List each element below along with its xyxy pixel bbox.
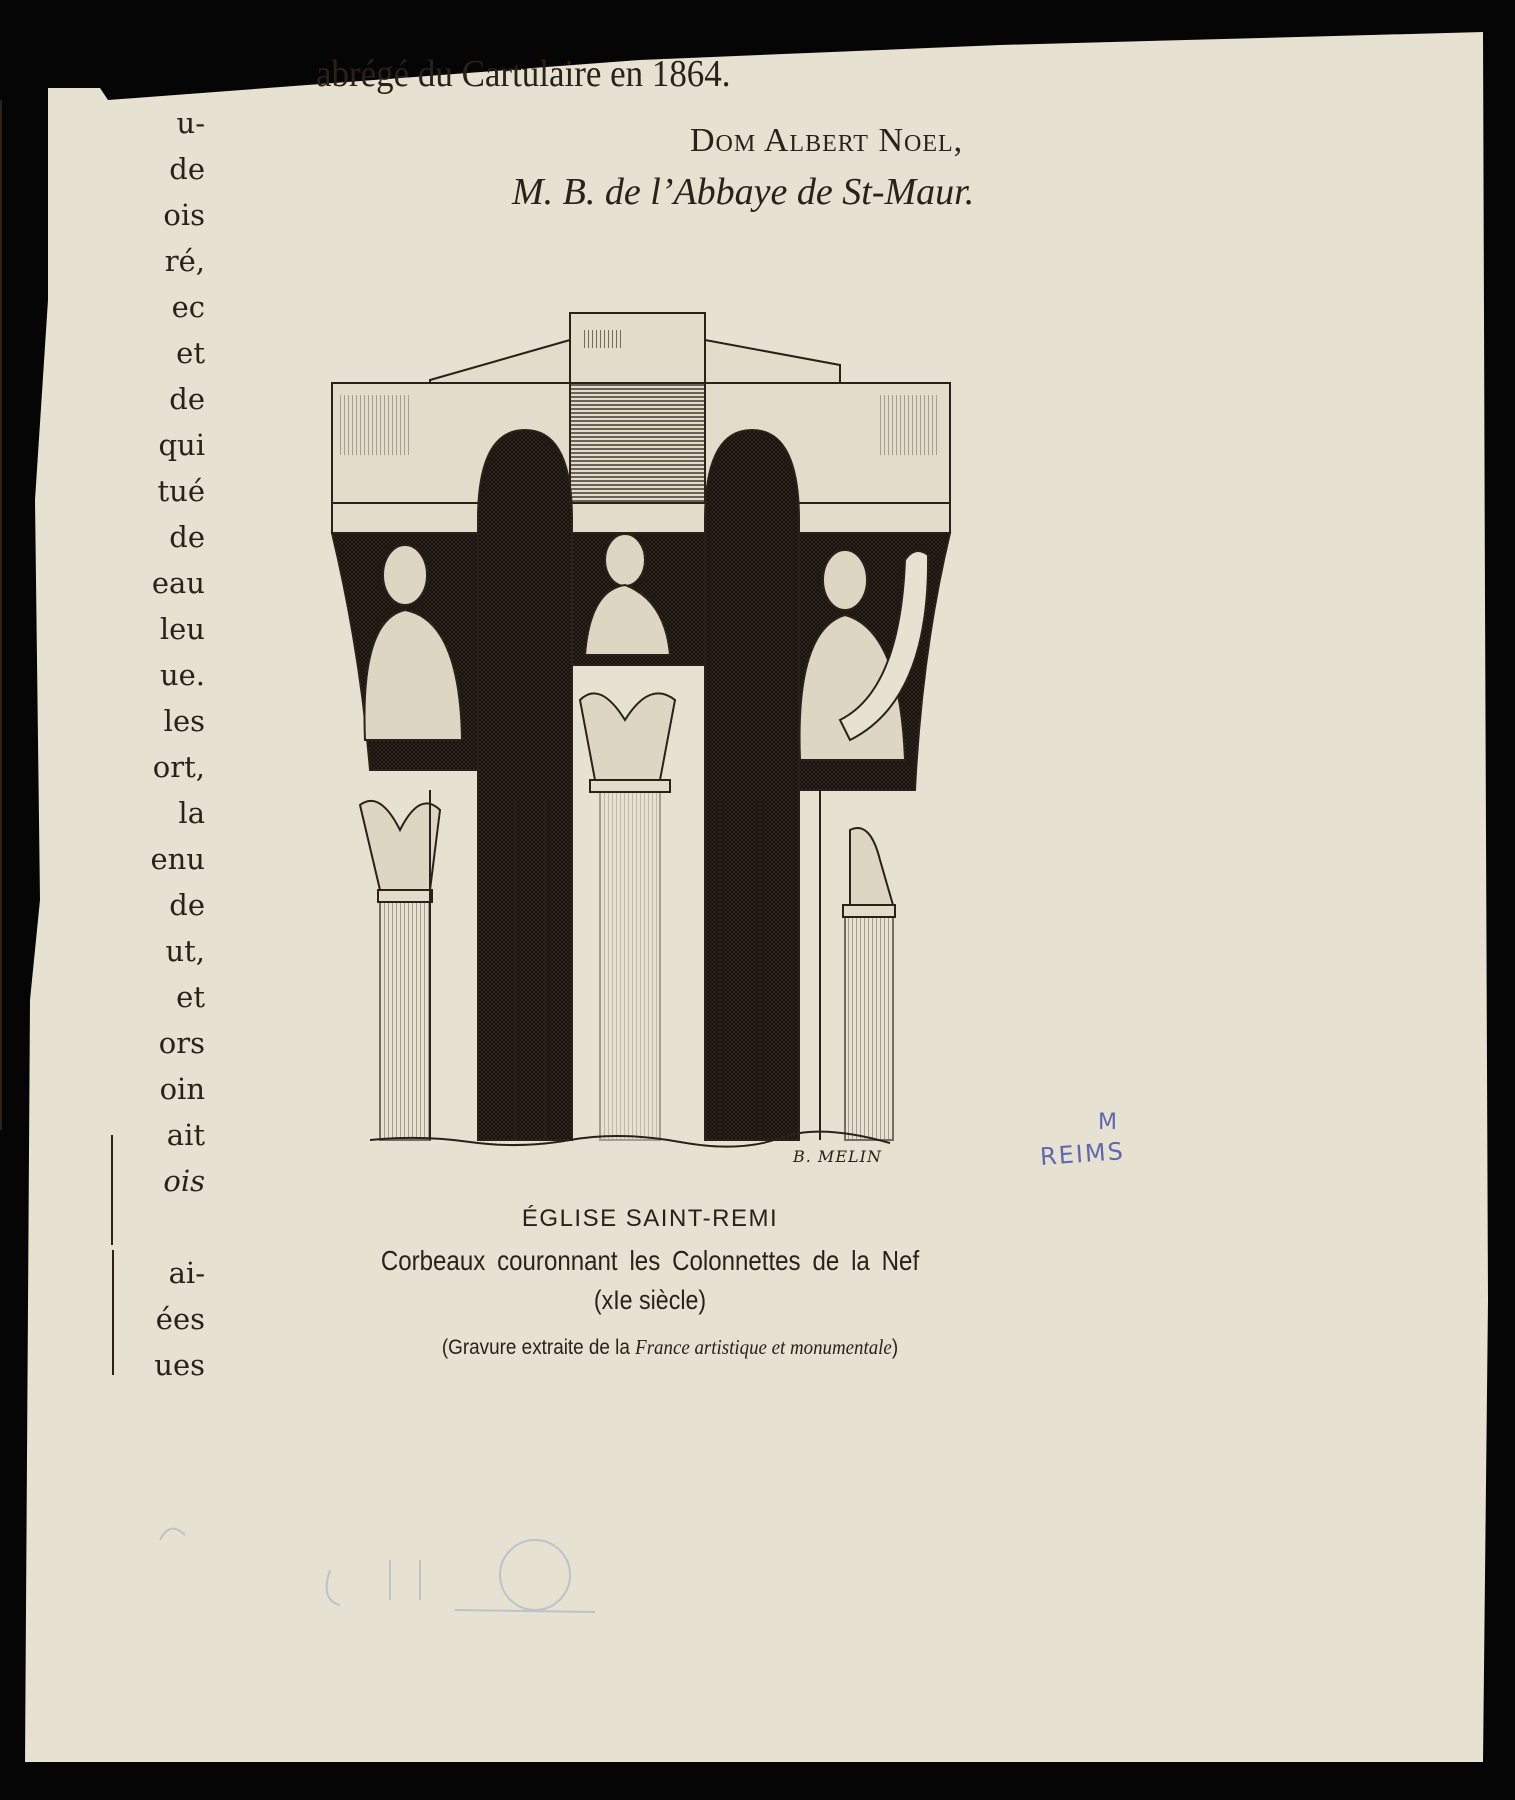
stamp-top-text: M <box>1098 1110 1117 1135</box>
text-line: ai- <box>110 1250 205 1296</box>
text-line: ées <box>110 1296 205 1342</box>
preceding-text-line: abrégé du Cartulaire en 1864. <box>316 52 731 96</box>
caption-source: (Gravure extraite de la France artistiqu… <box>364 1335 976 1360</box>
text-line: tué <box>110 468 205 514</box>
engraving <box>332 313 950 1147</box>
text-line <box>110 1204 205 1250</box>
text-line: ois <box>110 1158 205 1204</box>
author-name: Dom Albert Noel, <box>690 122 963 160</box>
text-line: et <box>110 330 205 376</box>
text-line: qui <box>110 422 205 468</box>
caption-subtitle: Corbeaux couronnant les Colonnettes de l… <box>340 1245 959 1277</box>
text-line: ors <box>110 1020 205 1066</box>
text-line: oin <box>110 1066 205 1112</box>
caption-source-suffix: ) <box>892 1336 898 1359</box>
text-line: ois <box>110 192 205 238</box>
text-line: ort, <box>110 744 205 790</box>
text-line: de <box>110 376 205 422</box>
caption-century: (xIe siècle) <box>340 1285 959 1316</box>
paper-sheet: u- de ois ré, ec et de qui tué de eau le… <box>0 0 1515 1800</box>
text-line: ec <box>110 284 205 330</box>
text-line: leu <box>110 606 205 652</box>
text-line: ait <box>110 1112 205 1158</box>
column-rule <box>111 1135 113 1245</box>
text-line: la <box>110 790 205 836</box>
text-line: ré, <box>110 238 205 284</box>
text-line: de <box>110 514 205 560</box>
text-line: ue. <box>110 652 205 698</box>
left-column-text: u- de ois ré, ec et de qui tué de eau le… <box>110 100 205 1388</box>
author-affiliation: M. B. de l’Abbaye de St-Maur. <box>512 170 974 214</box>
paper-shape <box>0 0 1515 1800</box>
text-line: de <box>110 146 205 192</box>
caption-source-prefix: (Gravure extraite de la <box>442 1336 635 1359</box>
engraver-signature: B. MELIN <box>793 1147 882 1166</box>
text-line: eau <box>110 560 205 606</box>
text-line: ut, <box>110 928 205 974</box>
text-line: les <box>110 698 205 744</box>
caption-title: ÉGLISE SAINT-REMI <box>290 1205 1010 1233</box>
column-rule <box>112 1250 114 1375</box>
text-line: ues <box>110 1342 205 1388</box>
text-line: et <box>110 974 205 1020</box>
stamp-bottom-text: REIMS <box>1039 1137 1126 1171</box>
text-line: enu <box>110 836 205 882</box>
text-line: de <box>110 882 205 928</box>
text-line: u- <box>110 100 205 146</box>
column-rule <box>0 100 2 1130</box>
caption-source-title: France artistique et monumentale <box>635 1335 892 1359</box>
